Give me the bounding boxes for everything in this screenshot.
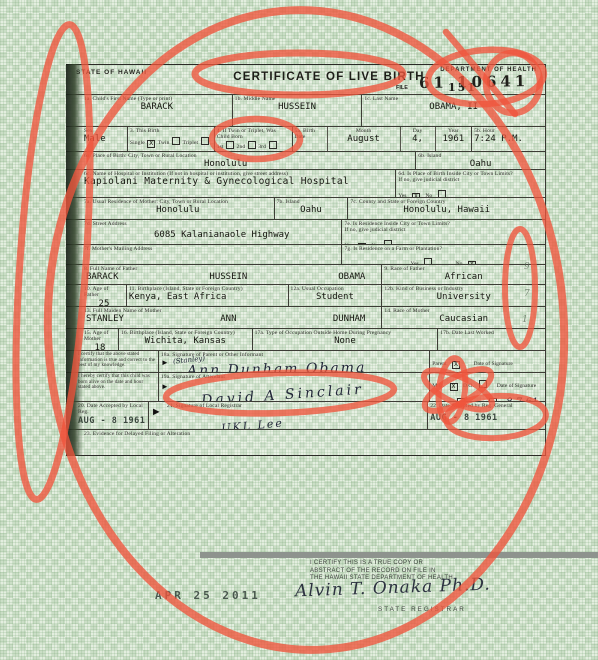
no-checkbox: [384, 240, 392, 244]
mother-middle: ANN: [220, 314, 236, 324]
field-last-name: 1c. Last Name OBAMA, II: [361, 95, 545, 126]
this-birth-options: Single X Twin Triplet: [130, 137, 212, 148]
delayed-filing-label: 23. Evidence for Delayed Filing or Alter…: [84, 431, 543, 437]
field-island-7b: 7b. Island Oahu: [274, 198, 348, 219]
no-label: No: [425, 193, 432, 197]
field-father-race: 9. Race of Father African: [381, 265, 545, 284]
row-child-name: 1a. Child's First Name (Type or print) B…: [66, 94, 545, 126]
row-father-details: 10. Age of Father 25 11. Birthplace (Isl…: [66, 284, 545, 306]
row-delayed-filing: 23. Evidence for Delayed Filing or Alter…: [66, 429, 545, 456]
row-attendant-signature: I hereby certify that this child was bor…: [66, 372, 545, 401]
field-hospital: 6c. Name of Hospital or Institution (If …: [66, 170, 395, 197]
mother-last: DUNHAM: [333, 314, 366, 324]
no-checkbox: X: [468, 261, 476, 264]
row-residence: 7a. Usual Residence of Mother: City, Tow…: [66, 197, 545, 219]
row-parent-signature: I certify that the above stated informat…: [66, 350, 545, 372]
field-farm-plantation: 7g. Is Residence on a Farm or Plantation…: [341, 245, 545, 264]
date-accepted-local-label: 20. Date Accepted by Local Reg.: [78, 403, 146, 416]
mother-birthplace-value: Wichita, Kansas: [121, 336, 250, 346]
field-attendant-signature: 19a. Signature of Attendant ► David A Si…: [158, 373, 429, 401]
father-name-value: BARACK HUSSEIN OBAMA: [84, 272, 379, 282]
second-born-label: 2nd: [237, 144, 246, 150]
file-label: FILE: [396, 85, 408, 91]
field-father-name: 8. Full Name of Father BARACK HUSSEIN OB…: [66, 265, 381, 284]
birth-month: Month August: [327, 127, 400, 151]
mother-first: STANLEY: [86, 314, 124, 324]
sex-value: Male: [84, 134, 125, 144]
row-mother-name: 13. Full Maiden Name of Mother STANLEY A…: [66, 306, 545, 328]
residence-value: Honolulu: [84, 205, 272, 215]
yes-label: Yes: [398, 193, 406, 197]
field-date-last-worked: 17b. Date Last Worked: [437, 329, 545, 350]
other-checkbox-row: Other 8-7-61: [432, 370, 543, 372]
father-industry-value: University: [384, 292, 543, 302]
no-checkbox: [438, 190, 446, 197]
state-label: STATE OF HAWAII: [76, 69, 147, 76]
date-received-stamp: APR 25 2011: [155, 589, 261, 602]
document-page: STATE OF HAWAII CERTIFICATE OF LIVE BIRT…: [0, 0, 598, 660]
field-local-registrar-signature: 21. Signature of Local Registrar ► UKL L…: [148, 402, 427, 429]
third-born-label: 3rd: [258, 144, 266, 150]
yes-label: Yes: [411, 261, 419, 264]
place-of-birth-value: Honolulu: [204, 159, 413, 169]
mother-name-value: STANLEY ANN DUNHAM: [84, 314, 379, 324]
field-mother-occupation: 17a. Type of Occupation Outside Home Dur…: [252, 329, 438, 350]
twin-label: Twin: [158, 140, 170, 146]
md-label: M.D.: [432, 383, 444, 389]
do-checkbox: [479, 380, 487, 388]
binding-shadow: [66, 64, 83, 456]
certify-19-text: I hereby certify that this child was bor…: [78, 374, 156, 391]
hospital-value: Kapiolani Maternity & Gynecological Hosp…: [84, 177, 393, 187]
father-middle: HUSSEIN: [209, 272, 247, 282]
arrow-icon: ►: [151, 408, 162, 416]
mailing-address-label: 7f. Mother's Mailing Address: [84, 246, 339, 252]
father-age-label: 10. Age of Father: [84, 286, 124, 299]
field-county: 7c. County and State or Foreign Country …: [347, 198, 545, 219]
date-accepted-local-stamp: AUG - 8 1961: [78, 416, 146, 426]
field-mother-name: 13. Full Maiden Name of Mother STANLEY A…: [66, 307, 381, 328]
birth-date-label-wrap: 5a. Birth Date: [293, 127, 327, 151]
father-birthplace-value: Kenya, East Africa: [129, 292, 286, 302]
pencil-mark: 7: [524, 289, 530, 299]
twin-order-label: 4. If Twin or Triplet, Was Child Born: [217, 128, 290, 141]
twin-checkbox: [172, 137, 180, 145]
field-street-address: 7d. Street Address 6085 Kalanianaole Hig…: [66, 220, 341, 244]
first-name-value: BARACK: [84, 102, 230, 112]
field-date-accepted-general: 22. Date Accepted by Reg. General AUG - …: [427, 402, 545, 429]
second-born-checkbox: [248, 141, 256, 149]
field-father-birthplace: 11. Birthplace (Island, State or Foreign…: [126, 285, 288, 306]
midwife-checkbox: [457, 398, 465, 401]
field-city-limits-6d: 6d. Is Place of Birth Inside City or Tow…: [395, 170, 545, 197]
date-accepted-general-stamp: AUG - 8 1961: [430, 413, 543, 423]
birth-day: Day 4,: [400, 127, 435, 151]
field-father-occupation: 12a. Usual Occupation Student: [288, 285, 382, 306]
field-island-6b: 6b. Island Oahu: [415, 152, 545, 169]
md-checkbox: X: [450, 383, 458, 391]
single-label: Single: [130, 140, 145, 146]
yes-checkbox: [424, 258, 432, 264]
field-attendant-type: M.D. X D.O. Date of Signature Midwife Ot…: [429, 373, 545, 401]
field-father-industry: 12b. Kind of Business or Industry Univer…: [381, 285, 545, 306]
father-occupation-value: Student: [291, 292, 380, 302]
first-born-checkbox: [226, 141, 234, 149]
first-born-label: 1st: [217, 144, 224, 150]
parent-signature-value: Ann Dunham Obama: [187, 359, 428, 372]
field-birth-date: 5a. Birth Date Month August Day 4, Year …: [292, 127, 472, 151]
hour-value: 7:24 P.M.: [474, 134, 543, 144]
attendant-date-value: 8-7-61: [506, 397, 538, 401]
city-limits-7e-options: Yes X No: [344, 234, 543, 244]
field-middle-name: 1b. Middle Name HUSSEIN: [232, 95, 362, 126]
street-address-value: 6085 Kalanianaole Highway: [154, 230, 339, 240]
attendant-signature-value: David A Sinclair: [201, 378, 428, 401]
field-hour: 5b. Hour 7:24 P.M.: [471, 127, 545, 151]
document-title: CERTIFICATE OF LIVE BIRTH: [214, 71, 444, 83]
third-born-checkbox: [269, 141, 277, 149]
city-limits-6d-options: Yes X No: [398, 184, 543, 197]
twin-order-options: 1st 2nd 3rd: [217, 141, 290, 150]
no-label: No: [456, 261, 463, 264]
father-age-value: 25: [84, 299, 124, 306]
field-mailing-address: 7f. Mother's Mailing Address: [66, 245, 341, 264]
mother-race-value: Caucasian: [384, 314, 543, 324]
street-address-label: 7d. Street Address: [84, 221, 339, 227]
state-registrar-title: STATE REGISTRAR: [378, 606, 466, 613]
single-checkbox: X: [147, 140, 155, 148]
date-accepted-general-label: 22. Date Accepted by Reg. General: [430, 403, 543, 409]
triplet-checkbox: [201, 137, 209, 145]
father-first: BARACK: [86, 272, 119, 282]
father-last: OBAMA: [338, 272, 365, 282]
do-label: D.O.: [463, 383, 474, 389]
farm-options: Yes No X: [344, 252, 543, 264]
parent-checkbox: X: [452, 361, 460, 369]
row-registrar: 20. Date Accepted by Local Reg. AUG - 8 …: [66, 401, 545, 429]
no-label: No: [371, 243, 378, 244]
row-sex-birthdate: Sex Male 3. This Birth Single X Twin Tri…: [66, 126, 545, 151]
arrow-icon: ►: [161, 359, 169, 367]
field-city-limits-7e: 7e. Is Residence Inside City or Town Lim…: [341, 220, 545, 244]
parent-label: Parent: [432, 361, 446, 367]
year-value: 1961: [438, 134, 470, 144]
row-mother-details: 15. Age of Mother 18 16. Birthplace (Isl…: [66, 328, 545, 350]
field-twin-order: 4. If Twin or Triplet, Was Child Born 1s…: [214, 127, 292, 151]
certify-18-text: I certify that the above stated informat…: [78, 352, 156, 369]
certification-line-1: I CERTIFY THIS IS A TRUE COPY OR: [310, 560, 453, 568]
pencil-mark: 9: [524, 262, 530, 272]
field-mother-birthplace: 16. Birthplace (Island, State or Foreign…: [118, 329, 252, 350]
county-value: Honolulu, Hawaii: [350, 205, 543, 215]
mother-age-label: 15. Age of Mother: [84, 330, 116, 343]
island-7b-value: Oahu: [277, 205, 346, 215]
yes-checkbox: X: [358, 243, 366, 244]
arrow-icon: ►: [161, 383, 169, 391]
scan-gray-bar: [200, 552, 598, 558]
day-value: 4,: [403, 134, 433, 144]
file-number-partial: 151: [448, 81, 477, 94]
row-father-name: 8. Full Name of Father BARACK HUSSEIN OB…: [66, 264, 545, 284]
field-place-of-birth: 6a. Place of Birth: City, Town or Rural …: [66, 152, 415, 169]
row-place-of-birth: 6a. Place of Birth: City, Town or Rural …: [66, 151, 545, 169]
date-of-signature-label: Date of Signature: [473, 361, 512, 367]
date-last-worked-label: 17b. Date Last Worked: [440, 330, 543, 336]
field-parent-signature: 18a. Signature of Parent or Other Inform…: [158, 351, 429, 372]
middle-name-value: HUSSEIN: [235, 102, 360, 112]
midwife-checkbox-row: Midwife Other 8-7-61: [432, 392, 543, 401]
triplet-label: Triplet: [182, 140, 198, 146]
mother-occupation-value: None: [255, 336, 436, 346]
island-6b-value: Oahu: [418, 159, 543, 169]
this-birth-label: 3. This Birth: [130, 128, 212, 134]
birth-certificate-form: STATE OF HAWAII CERTIFICATE OF LIVE BIRT…: [66, 64, 546, 456]
other-checkbox: [489, 398, 497, 401]
form-header: STATE OF HAWAII CERTIFICATE OF LIVE BIRT…: [66, 65, 545, 94]
birth-year: Year 1961: [435, 127, 472, 151]
field-delayed-filing: 23. Evidence for Delayed Filing or Alter…: [66, 430, 545, 456]
field-parent-or-other: Parent X Date of Signature Other 8-7-61: [429, 351, 545, 372]
date-of-signature-label: Date of Signature: [497, 383, 536, 389]
yes-checkbox: X: [412, 193, 420, 197]
mother-age-value: 18: [84, 343, 116, 350]
parent-checkbox-row: Parent X Date of Signature: [432, 352, 543, 370]
md-checkbox-row: M.D. X D.O. Date of Signature: [432, 374, 543, 392]
row-street-address: 7d. Street Address 6085 Kalanianaole Hig…: [66, 219, 545, 244]
father-race-value: African: [384, 272, 543, 282]
month-value: August: [330, 134, 398, 144]
field-mother-race: 14. Race of Mother Caucasian: [381, 307, 545, 328]
field-residence: 7a. Usual Residence of Mother: City, Tow…: [66, 198, 274, 219]
row-mailing-address: 7f. Mother's Mailing Address 7g. Is Resi…: [66, 244, 545, 264]
field-first-name: 1a. Child's First Name (Type or print) B…: [66, 95, 232, 126]
birth-date-label2: Date: [295, 134, 325, 140]
last-name-value: OBAMA, II: [364, 102, 543, 112]
yes-label: Yes: [344, 243, 352, 244]
certification-line-2: ABSTRACT OF THE RECORD ON FILE IN: [310, 568, 453, 576]
pencil-mark: 1: [522, 315, 528, 325]
field-this-birth: 3. This Birth Single X Twin Triplet: [127, 127, 214, 151]
row-hospital: 6c. Name of Hospital or Institution (If …: [66, 169, 545, 197]
